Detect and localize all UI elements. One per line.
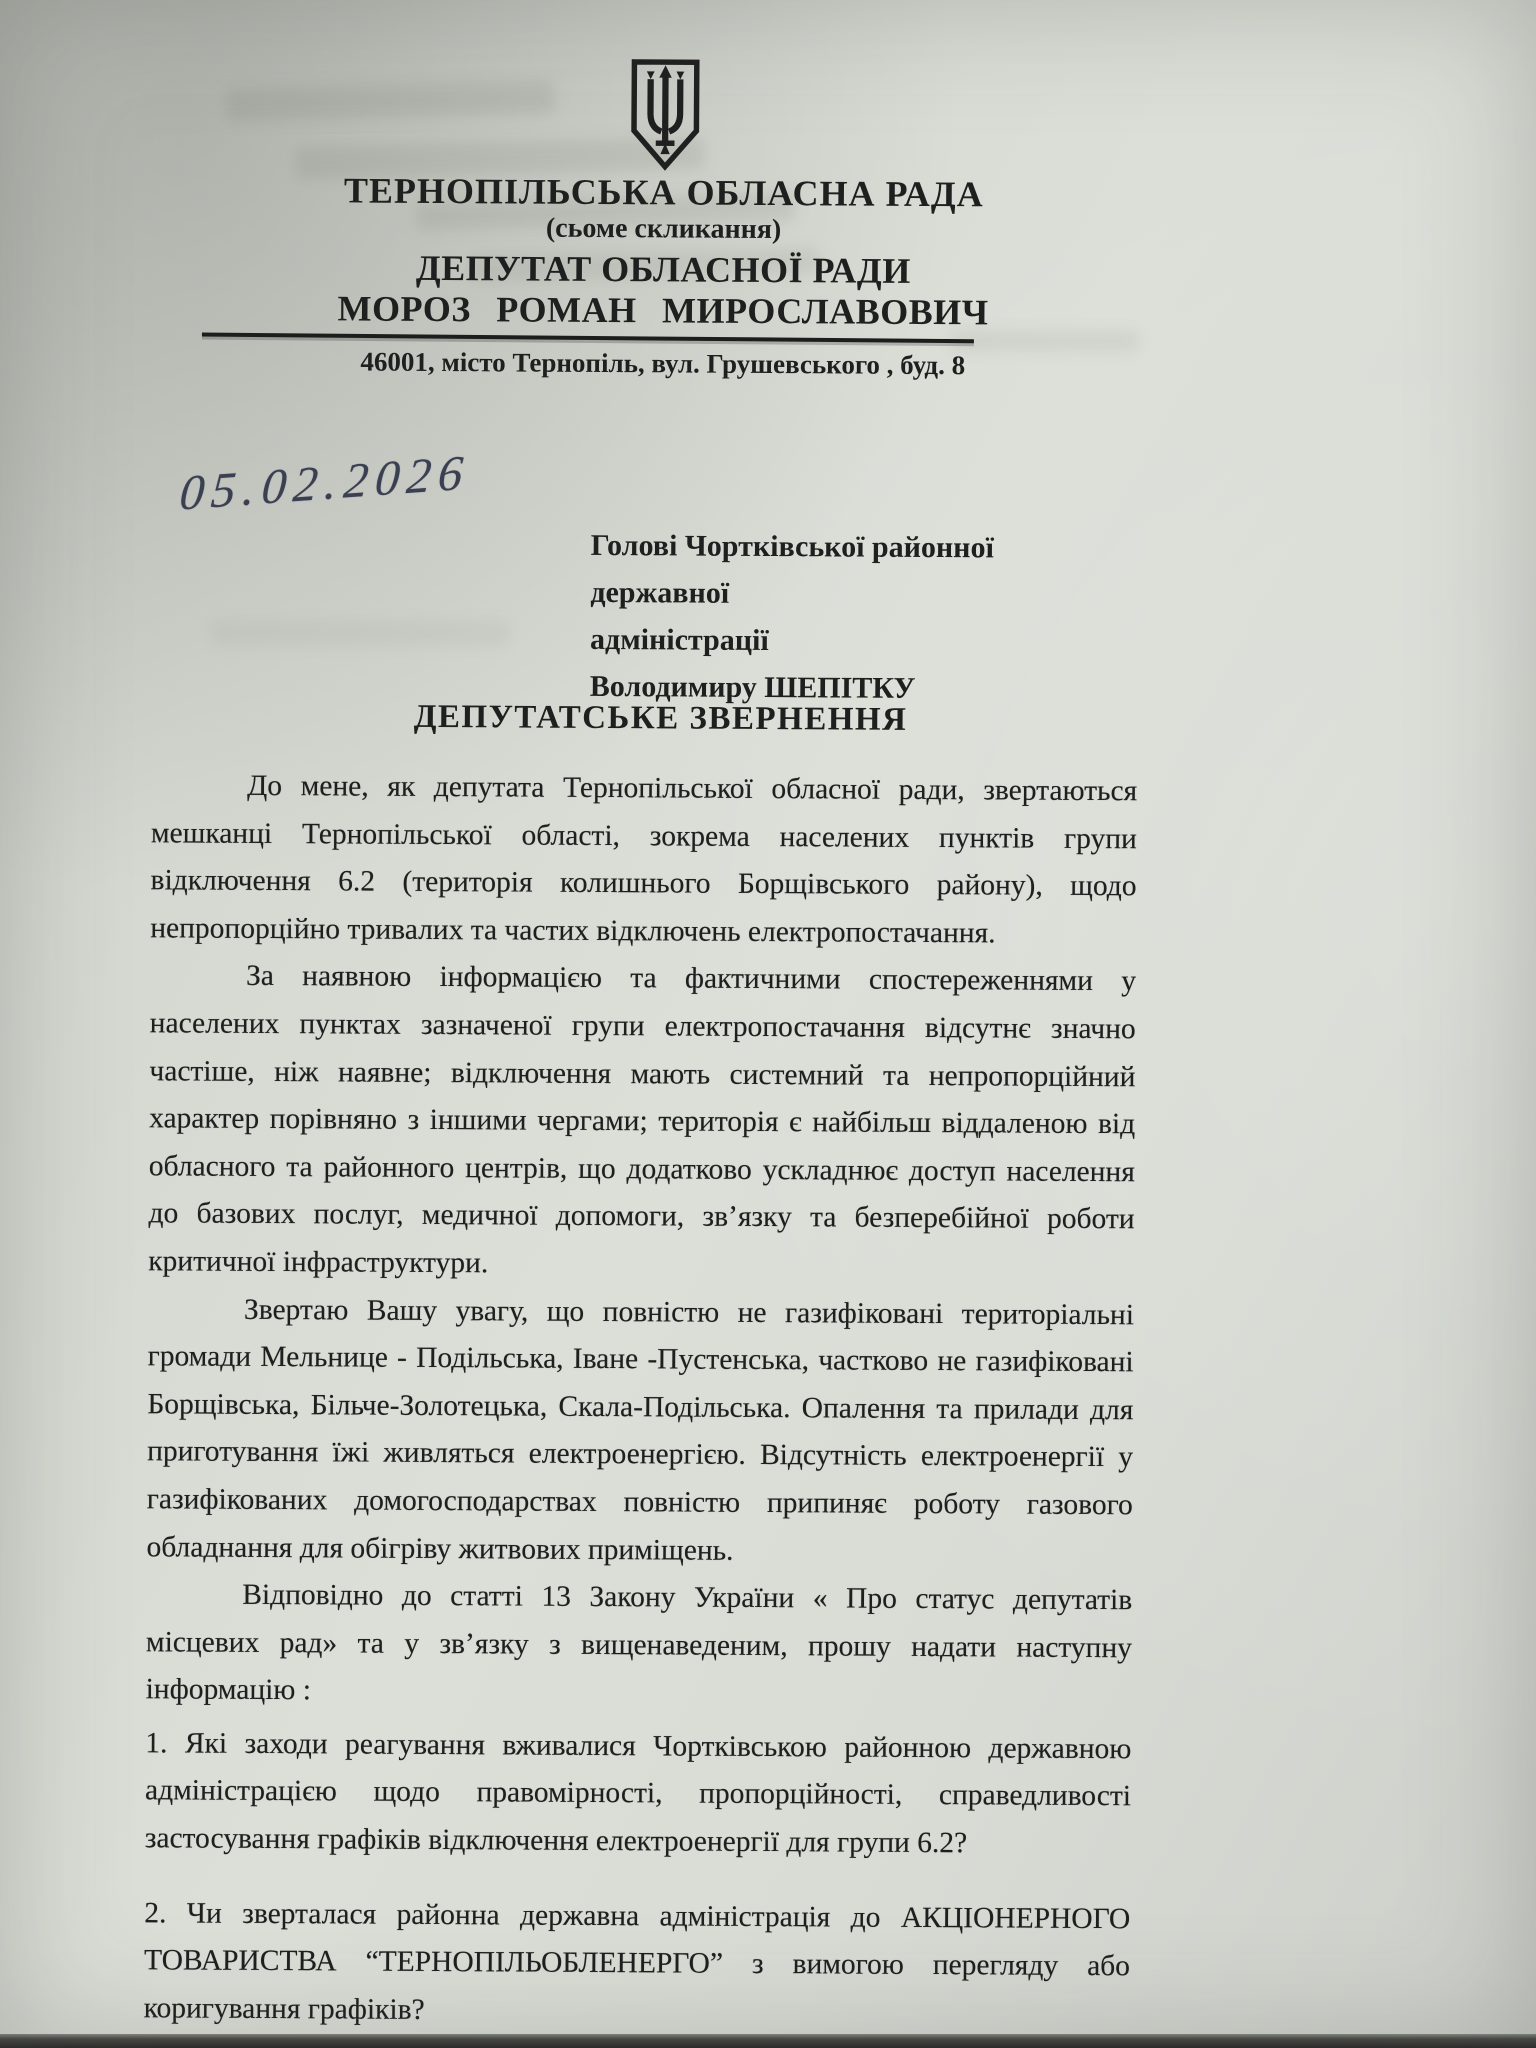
body-paragraph: За наявною інформацією та фактичними спо… — [148, 953, 1136, 1292]
body-paragraph: Відповідно до статті 13 Закону України «… — [146, 1571, 1133, 1720]
letter-body: До мене, як депутата Тернопільської обла… — [144, 762, 1138, 2038]
letterhead-address: 46001, місто Тернопіль, вул. Грушевськог… — [163, 345, 1163, 382]
body-paragraph: Звертаю Вашу увагу, що повністю не газиф… — [146, 1286, 1134, 1578]
handwritten-date: 05.02.2026 — [178, 443, 473, 522]
letterhead-role: ДЕПУТАТ ОБЛАСНОЇ РАДИ — [163, 245, 1163, 293]
ukraine-trident-shield-icon — [626, 55, 705, 173]
question-item-2: 2. Чи зверталася районна державна адміні… — [144, 1890, 1131, 2039]
letterhead-divider — [202, 333, 974, 344]
question-item-1: 1. Які заходи реагування вживалися Чортк… — [145, 1720, 1132, 1869]
letterhead-convocation: (сьоме скликання) — [164, 210, 1164, 248]
addressee-line: адміністрації — [590, 616, 1130, 666]
addressee-line: Голові Чортківської районної державної — [590, 522, 1131, 619]
document-title: ДЕПУТАТСЬКЕ ЗВЕРНЕННЯ — [161, 697, 1161, 740]
table-surface-edge — [0, 2034, 1536, 2048]
letterhead-deputy-name: МОРОЗ РОМАН МИРОСЛАВОВИЧ — [163, 286, 1163, 334]
addressee-block: Голові Чортківської районної державної а… — [590, 522, 1131, 713]
scanned-letter-photo: ТЕРНОПІЛЬСЬКА ОБЛАСНА РАДА (сьоме склика… — [0, 0, 1536, 2048]
letterhead-organization: ТЕРНОПІЛЬСЬКА ОБЛАСНА РАДА — [164, 168, 1164, 216]
body-paragraph: До мене, як депутата Тернопільської обла… — [150, 762, 1137, 958]
